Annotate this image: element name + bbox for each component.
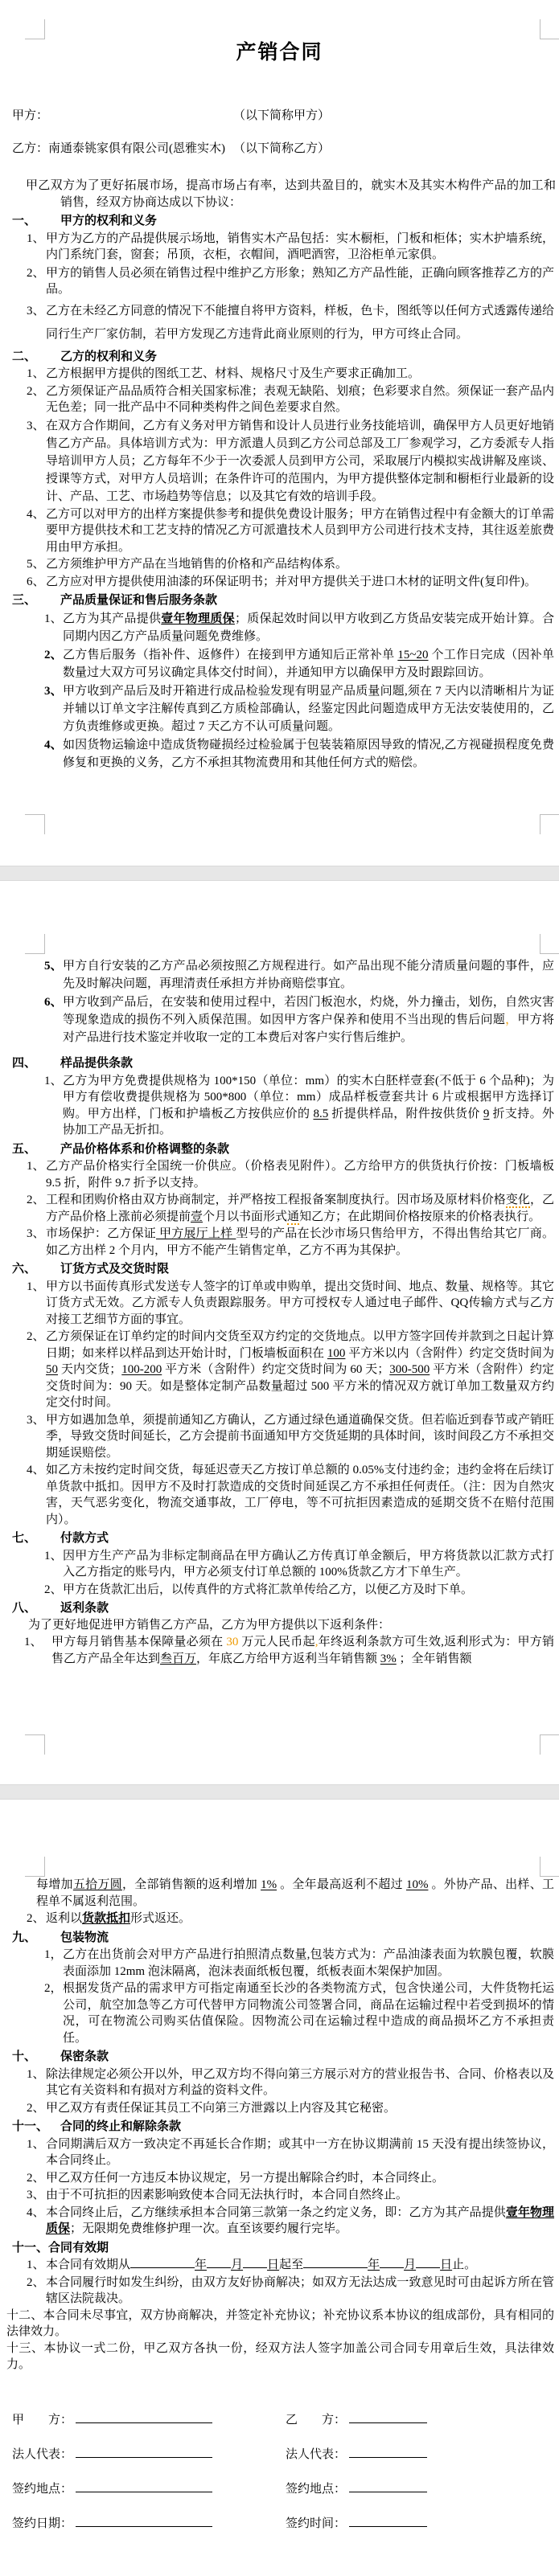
contract-item: 3、乙方在未经乙方同意的情况下不能擅自将甲方资料，样板，色卡，图纸等以任何方式透… [0, 300, 559, 346]
signature-line [349, 2481, 427, 2492]
text-run: 甲方展厅上样 [156, 1227, 236, 1240]
text-run: 300-500 [389, 1363, 430, 1376]
contract-item: 2、甲方在货款汇出后，以传真件的方式将汇款单传给乙方，以便乙方及时下单。 [0, 1582, 559, 1599]
section-title: 包装物流 [60, 1931, 109, 1944]
section-heading: 十一、合同有效期 [0, 2240, 559, 2257]
item-number: 3、 [27, 300, 45, 323]
item-number: 4、 [27, 1462, 45, 1479]
text-run: 乙方须维护甲方产品在当地销售的价格和产品结构体系。 [46, 558, 347, 571]
section-title: 返利条款 [60, 1602, 109, 1615]
contract-item: 1、本合同有效期从年月日起至年月日止。 [0, 2257, 559, 2274]
text-run: 30 [226, 1636, 238, 1648]
page-1: 产销合同 甲方：（以下简称甲方）乙方：南通泰铫家俱有限公司(恩雅实木)（以下简称… [0, 0, 559, 866]
section-heading: 五、产品价格体系和价格调整的条款 [0, 1141, 559, 1158]
text-run: 8.5 [313, 1108, 328, 1120]
section-number: 五、 [12, 1141, 36, 1158]
text-run: 乙方：南通泰铫家俱有限公司(恩雅实木) [12, 142, 225, 155]
text-run: 货款抵扣 [82, 1912, 130, 1925]
text-run: 10% [406, 1878, 429, 1891]
text-run: 如乙方未按约定时间交货，每延迟壹天乙方按订单总额的 0.05%支付违约金；违约金… [46, 1464, 554, 1526]
item-number: 1、 [27, 366, 45, 383]
item-number: 3、 [27, 1226, 45, 1243]
item-number: 2、 [27, 2100, 45, 2117]
text-run: 乙方须保证产品品质符合相关国家标准；表观无缺陷、划痕；色彩要求自然。须保证一套产… [46, 385, 554, 415]
text-run: 年 [195, 2259, 207, 2271]
page-2-content: 5、甲方自行安装的乙方产品必须按照乙方规程进行。如产品出现不能分清质量问题的事件… [0, 881, 559, 1667]
party-label: 乙方：南通泰铫家俱有限公司(恩雅实木) [12, 142, 225, 155]
contract-item: 2、甲方的销售人员必须在销售过程中维护乙方形象；熟知乙方产品性能，正确向顾客推荐… [0, 265, 559, 298]
text-run: 乙方产品价格实行全国统一价供应。（价格表见附件）。乙方给甲方的供货执行价按：门板… [46, 1160, 554, 1190]
party-row: 甲方：（以下简称甲方） [0, 108, 559, 125]
section-title: 订货方式及交货时限 [60, 1263, 169, 1276]
text-run: 甲乙双方任何一方违反本协议规定，另一方提出解除合约时，本合同终止。 [46, 2172, 444, 2185]
text-run: 乙方售后服务（指补件、返修件）在接到甲方通知后正常补单 [63, 649, 397, 661]
contract-item: 5、甲方自行安装的乙方产品必须按照乙方规程进行。如产品出现不能分清质量问题的事件… [0, 957, 559, 993]
signature-block: 甲 方：乙 方：法人代表：法人代表：签约地点：签约地点：签约日期：签约时间： [12, 2412, 559, 2550]
section-title: 合同的终止和解除条款 [60, 2120, 181, 2133]
text-run: 甲乙双方有责任保证其员工不向第三方泄露以上内容及其它秘密。 [46, 2102, 396, 2115]
text-run: 50 [46, 1363, 58, 1376]
item-number: 2、 [27, 1910, 45, 1927]
contract-item: 2、甲乙双方有责任保证其员工不向第三方泄露以上内容及其它秘密。 [0, 2100, 559, 2117]
text-run: 月 [231, 2259, 243, 2271]
section-heading: 一、甲方的权利和义务 [0, 213, 559, 230]
text-run: 15~20 [397, 649, 428, 661]
section-heading: 十一、合同的终止和解除条款 [0, 2119, 559, 2136]
text-run: 甲方收到产品后及时开箱进行成品检验发现有明显产品质量问题,须在 7 天内以清晰相… [63, 685, 554, 733]
text-run: 甲方收到产品后，在安装和使用过程中，若因门板泡水，灼烧，外力撞击，划伤，自然灾害… [63, 996, 554, 1026]
text-run: 甲方为乙方的产品提供展示场地，销售实木产品包括：实木橱柜，门板和柜体；实木护墙系… [46, 232, 554, 262]
party-note: （以下简称甲方） [233, 108, 330, 125]
item-number: 2、 [27, 2170, 45, 2187]
section-number: 六、 [12, 1261, 36, 1278]
text-run: 天内交货； [58, 1363, 121, 1376]
text-run: 合同期满后双方一致决定不再延长合作期；或其中一方在协议期满前 15 天没有提出续… [46, 2138, 554, 2168]
section-heading: 四、样品提供条款 [0, 1055, 559, 1072]
section-number: 四、 [12, 1055, 36, 1072]
contract-item: 6、甲方收到产品后，在安装和使用过程中，若因门板泡水，灼烧，外力撞击，划伤，自然… [0, 993, 559, 1046]
contract-item: 1、因甲方生产产品为非标定制商品在甲方确认乙方传真订单金额后，甲方将货款以汇款方… [0, 1548, 559, 1581]
signature-line [76, 2447, 212, 2458]
item-number: 1、 [44, 1548, 63, 1565]
text-run: 除法律规定必须公开以外，甲乙双方均不得向第三方展示对方的营业报告书、合同、价格表… [46, 2068, 554, 2098]
section-title: 付款方式 [60, 1532, 109, 1545]
section-title: 甲方的权利和义务 [60, 215, 157, 227]
text-run: 市场保护：乙方保证 [46, 1227, 156, 1240]
section-title: 产品质量保证和售后服务条款 [60, 594, 217, 607]
contract-item: 1、乙方根据甲方提供的图纸工艺、材料、规格尺寸及生产要求正确加工。 [0, 366, 559, 383]
item-number: 2、 [27, 1329, 45, 1345]
item-number: 6、 [44, 993, 63, 1011]
contract-item: 1、乙方为其产品提供壹年物理质保；质保起效时间以甲方收到乙方货品安装完成开始计算… [0, 610, 559, 645]
item-number: 2、 [27, 265, 45, 282]
page-3-content: 每增加五拾万圆，全部销售额的返利增加 1% 。全年最高返利不超过 10% 。外协… [0, 1800, 559, 2550]
signature-row: 甲 方：乙 方： [12, 2412, 559, 2447]
text-run: 十三、本协议一式二份，甲乙双方各执一份，经双方法人签字加盖公司合同专用章后生效，… [6, 2342, 554, 2372]
text-run: 日 [440, 2259, 452, 2271]
text-run: 平方米以内（含附件）约定交货时间为 [345, 1347, 554, 1360]
clause-paragraph: 十二、本合同未尽事宜，双方协商解决，并签定补充协议；补充协议系本协议的组成部份，… [0, 2308, 559, 2341]
page-corner-mark [540, 1734, 559, 1755]
text-run: ，年底乙方给甲方返利当年销售额 [196, 1652, 380, 1665]
section-heading: 八、返利条款 [0, 1600, 559, 1617]
section-number: 九、 [12, 1930, 36, 1947]
text-run: 3% [380, 1652, 397, 1665]
contract-item: 1、甲方为乙方的产品提供展示场地，销售实木产品包括：实木橱柜，门板和柜体；实木护… [0, 231, 559, 264]
text-run: 乙方为其产品提供 [63, 612, 161, 625]
item-number: 2、 [27, 1192, 45, 1209]
signature-label: 签约地点： [12, 2483, 72, 2496]
signature-label: 法人代表： [12, 2448, 72, 2461]
item-number: 1、 [27, 231, 45, 248]
contract-item: 1，乙方在出货前会对甲方产品进行拍照清点数量,包装方式为：产品油漆表面为软膜包覆… [0, 1947, 559, 1980]
signature-label: 甲 方： [12, 2414, 72, 2427]
spacer [0, 1046, 559, 1053]
section-heading: 七、付款方式 [0, 1530, 559, 1547]
clause-paragraph: 十三、本协议一式二份，甲乙双方各执一份，经双方法人签字加盖公司合同专用章后生效，… [0, 2341, 559, 2373]
blank-underline [416, 2257, 440, 2268]
text-run: 五拾万圆 [73, 1878, 122, 1891]
contract-item: 2、乙方售后服务（指补件、返修件）在接到甲方通知后正常补单 15~20 个工作日… [0, 646, 559, 682]
text-run: 甲方每月销售基本保障量必须在 [51, 1636, 226, 1648]
section-title: 乙方的权利和义务 [60, 350, 157, 363]
document-title: 产销合同 [0, 40, 559, 66]
text-run: 十二、本合同未尽事宜，双方协商解决，并签定补充协议；补充协议系本协议的组成部份，… [6, 2309, 554, 2339]
party-row: 乙方：南通泰铫家俱有限公司(恩雅实木)（以下简称乙方） [0, 141, 559, 158]
page-3: 每增加五拾万圆，全部销售额的返利增加 1% 。全年最高返利不超过 10% 。外协… [0, 1800, 559, 2576]
item-number: 3、 [27, 417, 45, 435]
item-number: 5、 [44, 957, 63, 975]
text-run: 乙方应对甲方提供使用油漆的环保证明书；并对甲方提供关于进口木材的证明文件(复印件… [46, 575, 536, 588]
signature-row: 法人代表：法人代表： [12, 2447, 559, 2481]
contract-item: 6、乙方应对甲方提供使用油漆的环保证明书；并对甲方提供关于进口木材的证明文件(复… [0, 574, 559, 591]
contract-item: 2、乙方须保证产品品质符合相关国家标准；表观无缺陷、划痕；色彩要求自然。须保证一… [0, 383, 559, 416]
continuation-paragraph: 每增加五拾万圆，全部销售额的返利增加 1% 。全年最高返利不超过 10% 。外协… [0, 1877, 559, 1910]
item-number: 2、 [27, 2275, 45, 2291]
item-number: 1、 [44, 1073, 63, 1090]
contract-item: 1、乙方产品价格实行全国统一价供应。（价格表见附件）。乙方给甲方的供货执行价按：… [0, 1158, 559, 1191]
page-1-content: 产销合同 甲方：（以下简称甲方）乙方：南通泰铫家俱有限公司(恩雅实木)（以下简称… [0, 0, 559, 772]
item-number: 4、 [27, 2205, 45, 2222]
signature-line [349, 2412, 427, 2423]
item-number: 1、 [27, 2066, 45, 2083]
text-run: 甲方以书面传真形式发送专人签字的订单或申购单，提出交货时间、地点、数量、规格等。… [46, 1280, 554, 1326]
text-run: 知乙方；在此期间价格按原来的价格表执行。 [299, 1210, 541, 1223]
item-number: 2、 [27, 383, 45, 400]
text-run: 乙方在出货前会对甲方产品进行拍照清点数量,包装方式为：产品油漆表面为软膜包覆，软… [63, 1948, 554, 1978]
party-note: （以下简称乙方） [233, 141, 330, 158]
text-run: 叁百万 [160, 1652, 196, 1665]
text-run: ， [505, 1014, 517, 1026]
item-number: 3、 [27, 2187, 45, 2204]
item-number: 1、 [27, 1158, 45, 1175]
signature-label: 法人代表： [286, 2448, 346, 2461]
page-corner-mark [540, 814, 559, 834]
text-run: 100 [327, 1347, 346, 1360]
blank-underline [130, 2257, 195, 2268]
text-run: 乙方可以对甲方的出样方案提供参考和提供免费设计服务；甲方在销售过程中有金额大的订… [46, 508, 554, 554]
contract-item: 4、本合同终止后，乙方继续承担本合同第三款第一条之约定义务，即：乙方为其产品提供… [0, 2205, 559, 2238]
text-run: 每增加 [36, 1878, 73, 1891]
signature-line [76, 2516, 212, 2527]
contract-item: 2、工程和团购价格由双方协商制定，并严格按工程报备案制度执行。因市场及原材料价格… [0, 1192, 559, 1225]
signature-label: 签约日期： [12, 2517, 72, 2530]
blank-underline [380, 2257, 404, 2268]
signature-right-column: 签约时间： [286, 2516, 427, 2533]
contract-item: 4、如因货物运输途中造成货物碰损经过检验属于包装装箱原因导致的情况,乙方视碰损程… [0, 736, 559, 772]
text-run: 本合同履行时如发生纠纷，由双方友好协商解决；如双方无法达成一致意见时可由起诉方所… [46, 2276, 554, 2306]
contract-item: 3、甲方如遇加急单，须提前通知乙方确认，乙方通过绿色通道确保交货。但若临近到春节… [0, 1412, 559, 1462]
text-run: 如因货物运输途中造成货物碰损经过检验属于包装装箱原因导致的情况,乙方视碰损程度免… [63, 739, 554, 769]
text-run: 甲方自行安装的乙方产品必须按照乙方规程进行。如产品出现不能分清质量问题的事件，应… [63, 960, 554, 990]
text-run: ；全年销售额 [397, 1652, 472, 1665]
item-number: 1、 [27, 2257, 45, 2274]
contract-item: 3、由于不可抗拒的因素影响致使本合同无法执行时，本合同自然终止。 [0, 2187, 559, 2204]
blank-underline [207, 2257, 231, 2268]
text-run: 100-200 [121, 1363, 162, 1376]
signature-label: 签约地点： [286, 2483, 346, 2496]
contract-document: { "document": { "title": "产销合同", "accent… [0, 0, 559, 2576]
contract-item: 1、合同期满后双方一致决定不再延长合作期；或其中一方在协议期满前 15 天没有提… [0, 2136, 559, 2169]
section-heading: 三、产品质量保证和售后服务条款 [0, 592, 559, 609]
text-run: 甲方如遇加急单，须提前通知乙方确认，乙方通过绿色通道确保交货。但若临近到春节或产… [46, 1414, 554, 1460]
item-number: 3、 [27, 1412, 45, 1429]
item-number: 2， [44, 1980, 63, 1997]
contract-item: 2，根据发货产品的需求甲方可指定南通至长沙的各类物流方式，包含快递公司，大件货物… [0, 1980, 559, 2046]
signature-row: 签约地点：签约地点： [12, 2481, 559, 2516]
contract-item: 1、甲方以书面传真形式发送专人签字的订单或申购单，提出交货时间、地点、数量、规格… [0, 1279, 559, 1329]
text-run: 。全年最高返利不超过 [277, 1878, 406, 1891]
blank-underline [303, 2257, 368, 2268]
item-number: 1、 [27, 1279, 45, 1296]
page-corner-mark [25, 814, 45, 834]
party-label: 甲方： [12, 109, 48, 122]
continuation-paragraph: 为了更好地促进甲方销售乙方产品，乙方为甲方提供以下返利条件： [0, 1617, 559, 1634]
text-run: 壹 [191, 1210, 203, 1223]
text-run: ，全部销售额的返利增加 [122, 1878, 261, 1891]
text-run: 甲乙双方为了更好拓展市场，提高市场占有率，达到共盈目的，就实木及其实木构件产品的… [26, 179, 556, 209]
text-run: 平方米（含附件）约定交货时间为 60 天； [162, 1363, 389, 1376]
contract-item: 2、本合同履行时如发生纠纷，由双方友好协商解决；如双方无法达成一致意见时可由起诉… [0, 2275, 559, 2308]
text-run: 工程和团购价格由双方协商制定，并严格按工程报备案制度执行。因市场及原材料价格 [46, 1194, 506, 1206]
section-number: 十、 [12, 2049, 36, 2066]
item-number: 3、 [44, 682, 63, 700]
text-run: 止。 [452, 2259, 476, 2271]
contract-item: 2、乙方须保证在订单约定的时间内交货至双方约定的交货地点。以甲方签字回传并款到之… [0, 1329, 559, 1411]
section-number: 二、 [12, 349, 36, 366]
text-run: 由于不可抗拒的因素影响致使本合同无法执行时，本合同自然终止。 [46, 2189, 408, 2201]
section-number: 三、 [12, 592, 36, 609]
text-run: 乙方在未经乙方同意的情况下不能擅自将甲方资料，样板，色卡，图纸等以任何方式透露传… [46, 305, 554, 341]
signature-line [76, 2481, 212, 2492]
text-run: 形式返还。 [130, 1912, 191, 1925]
item-number: 6、 [27, 574, 45, 591]
signature-right-column: 乙 方： [286, 2412, 427, 2429]
section-heading: 十、保密条款 [0, 2049, 559, 2066]
signature-row: 签约日期：签约时间： [12, 2516, 559, 2550]
text-run: 万元人民币起 [238, 1636, 314, 1648]
text-run: 1% [261, 1878, 277, 1891]
text-run: 月 [404, 2259, 416, 2271]
text-run: 年 [368, 2259, 380, 2271]
section-title: 样品提供条款 [60, 1057, 133, 1070]
text-run: 变化 [506, 1194, 530, 1208]
contract-item: 4、如乙方未按约定时间交货，每延迟壹天乙方按订单总额的 0.05%支付违约金；违… [0, 1462, 559, 1528]
signature-label: 乙 方： [286, 2414, 346, 2427]
section-title: 合同有效期 [48, 2242, 109, 2255]
page-divider [0, 1784, 559, 1800]
contract-item: 3、甲方收到产品后及时开箱进行成品检验发现有明显产品质量问题,须在 7 天内以清… [0, 682, 559, 735]
intro-paragraph: 甲乙双方为了更好拓展市场，提高市场占有率，达到共盈目的，就实木及其实木构件产品的… [0, 178, 559, 211]
page-2: 5、甲方自行安装的乙方产品必须按照乙方规程进行。如产品出现不能分清质量问题的事件… [0, 881, 559, 1784]
contract-item: 3、市场保护：乙方保证 甲方展厅上样 型号的产品在长沙市场只售给甲方，不得出售给… [0, 1226, 559, 1259]
section-number: 十一、 [12, 2240, 48, 2257]
signature-line [349, 2447, 427, 2458]
section-heading: 二、乙方的权利和义务 [0, 349, 559, 366]
contract-item: 4、乙方可以对甲方的出样方案提供参考和提供免费设计服务；甲方在销售过程中有金额大… [0, 506, 559, 556]
item-number: 5、 [27, 556, 45, 573]
text-run: 为了更好地促进甲方销售乙方产品，乙方为甲方提供以下返利条件： [28, 1619, 390, 1632]
section-title: 保密条款 [60, 2050, 109, 2063]
section-heading: 六、订货方式及交货时限 [0, 1261, 559, 1278]
contract-item: 1、甲方每月销售基本保障量必须在 30 万元人民币起,年终返利条款方可生效,返利… [0, 1634, 559, 1667]
contract-item: 3、在双方合作期间，乙方有义务对甲方销售和设计人员进行业务技能培训，确保甲方人员… [0, 417, 559, 506]
contract-item: 2、返利以货款抵扣形式返还。 [0, 1910, 559, 1927]
text-run: 折提供样品，附件按供货价 [328, 1108, 483, 1120]
item-number: 4、 [44, 736, 63, 754]
page-corner-mark [25, 1734, 45, 1755]
text-run: 根据发货产品的需求甲方可指定南通至长沙的各类物流方式，包含快递公司，大件货物托运… [63, 1982, 554, 2045]
signature-line [349, 2516, 427, 2527]
section-number: 十一、 [12, 2119, 48, 2136]
text-run: ；无限期免费维修护理一次。直至该要约履行完毕。 [70, 2222, 347, 2235]
text-run: 起至 [279, 2259, 303, 2271]
text-run: 甲方在货款汇出后，以传真件的方式将汇款单传给乙方，以便乙方及时下单。 [63, 1583, 473, 1596]
section-title: 产品价格体系和价格调整的条款 [60, 1143, 229, 1156]
signature-label: 签约时间： [286, 2517, 346, 2530]
signature-right-column: 法人代表： [286, 2447, 427, 2463]
item-number: 2、 [44, 1582, 63, 1599]
text-run: 甲方： [12, 109, 48, 122]
text-run: 日 [267, 2259, 279, 2271]
contract-item: 1、除法律规定必须公开以外，甲乙双方均不得向第三方展示对方的营业报告书、合同、价… [0, 2066, 559, 2099]
item-number: 1、 [27, 2136, 45, 2153]
signature-right-column: 签约地点： [286, 2481, 427, 2498]
text-run: 在双方合作期间，乙方有义务对甲方销售和设计人员进行业务技能培训，确保甲方人员更好… [46, 420, 554, 503]
text-run: 本合同终止后，乙方继续承担本合同第三款第一条之约定义务，即：乙方为其产品提供 [46, 2206, 506, 2219]
text-run: 因甲方生产产品为非标定制商品在甲方确认乙方传真订单金额后，甲方将货款以汇款方式打… [63, 1550, 554, 1579]
item-number: 2、 [44, 646, 63, 664]
text-run: 壹年物理质保 [161, 612, 235, 625]
text-run: 个月以书面形式 [203, 1210, 287, 1223]
blank-underline [243, 2257, 267, 2268]
item-number: 4、 [27, 506, 45, 523]
signature-line [76, 2412, 212, 2423]
text-run: 返利以 [46, 1912, 82, 1925]
section-number: 八、 [12, 1600, 36, 1617]
item-number: 1、 [24, 1634, 43, 1651]
item-number: 1， [44, 1947, 63, 1964]
page-divider [0, 866, 559, 881]
text-run: 甲方的销售人员必须在销售过程中维护乙方形象；熟知乙方产品性能，正确向顾客推荐乙方… [46, 267, 554, 297]
section-number: 七、 [12, 1530, 36, 1547]
section-heading: 九、包装物流 [0, 1930, 559, 1947]
contract-item: 2、甲乙双方任何一方违反本协议规定，另一方提出解除合约时，本合同终止。 [0, 2170, 559, 2187]
text-run: 本合同有效期从 [46, 2259, 130, 2271]
item-number: 1、 [44, 610, 63, 628]
contract-item: 5、乙方须维护甲方产品在当地销售的价格和产品结构体系。 [0, 556, 559, 573]
text-run: 通 [287, 1210, 299, 1225]
contract-item: 1、乙方为甲方免费提供规格为 100*150（单位：mm）的实木白胚样壹套(不低… [0, 1073, 559, 1139]
section-number: 一、 [12, 213, 36, 230]
text-run: 乙方根据甲方提供的图纸工艺、材料、规格尺寸及生产要求正确加工。 [46, 367, 420, 380]
